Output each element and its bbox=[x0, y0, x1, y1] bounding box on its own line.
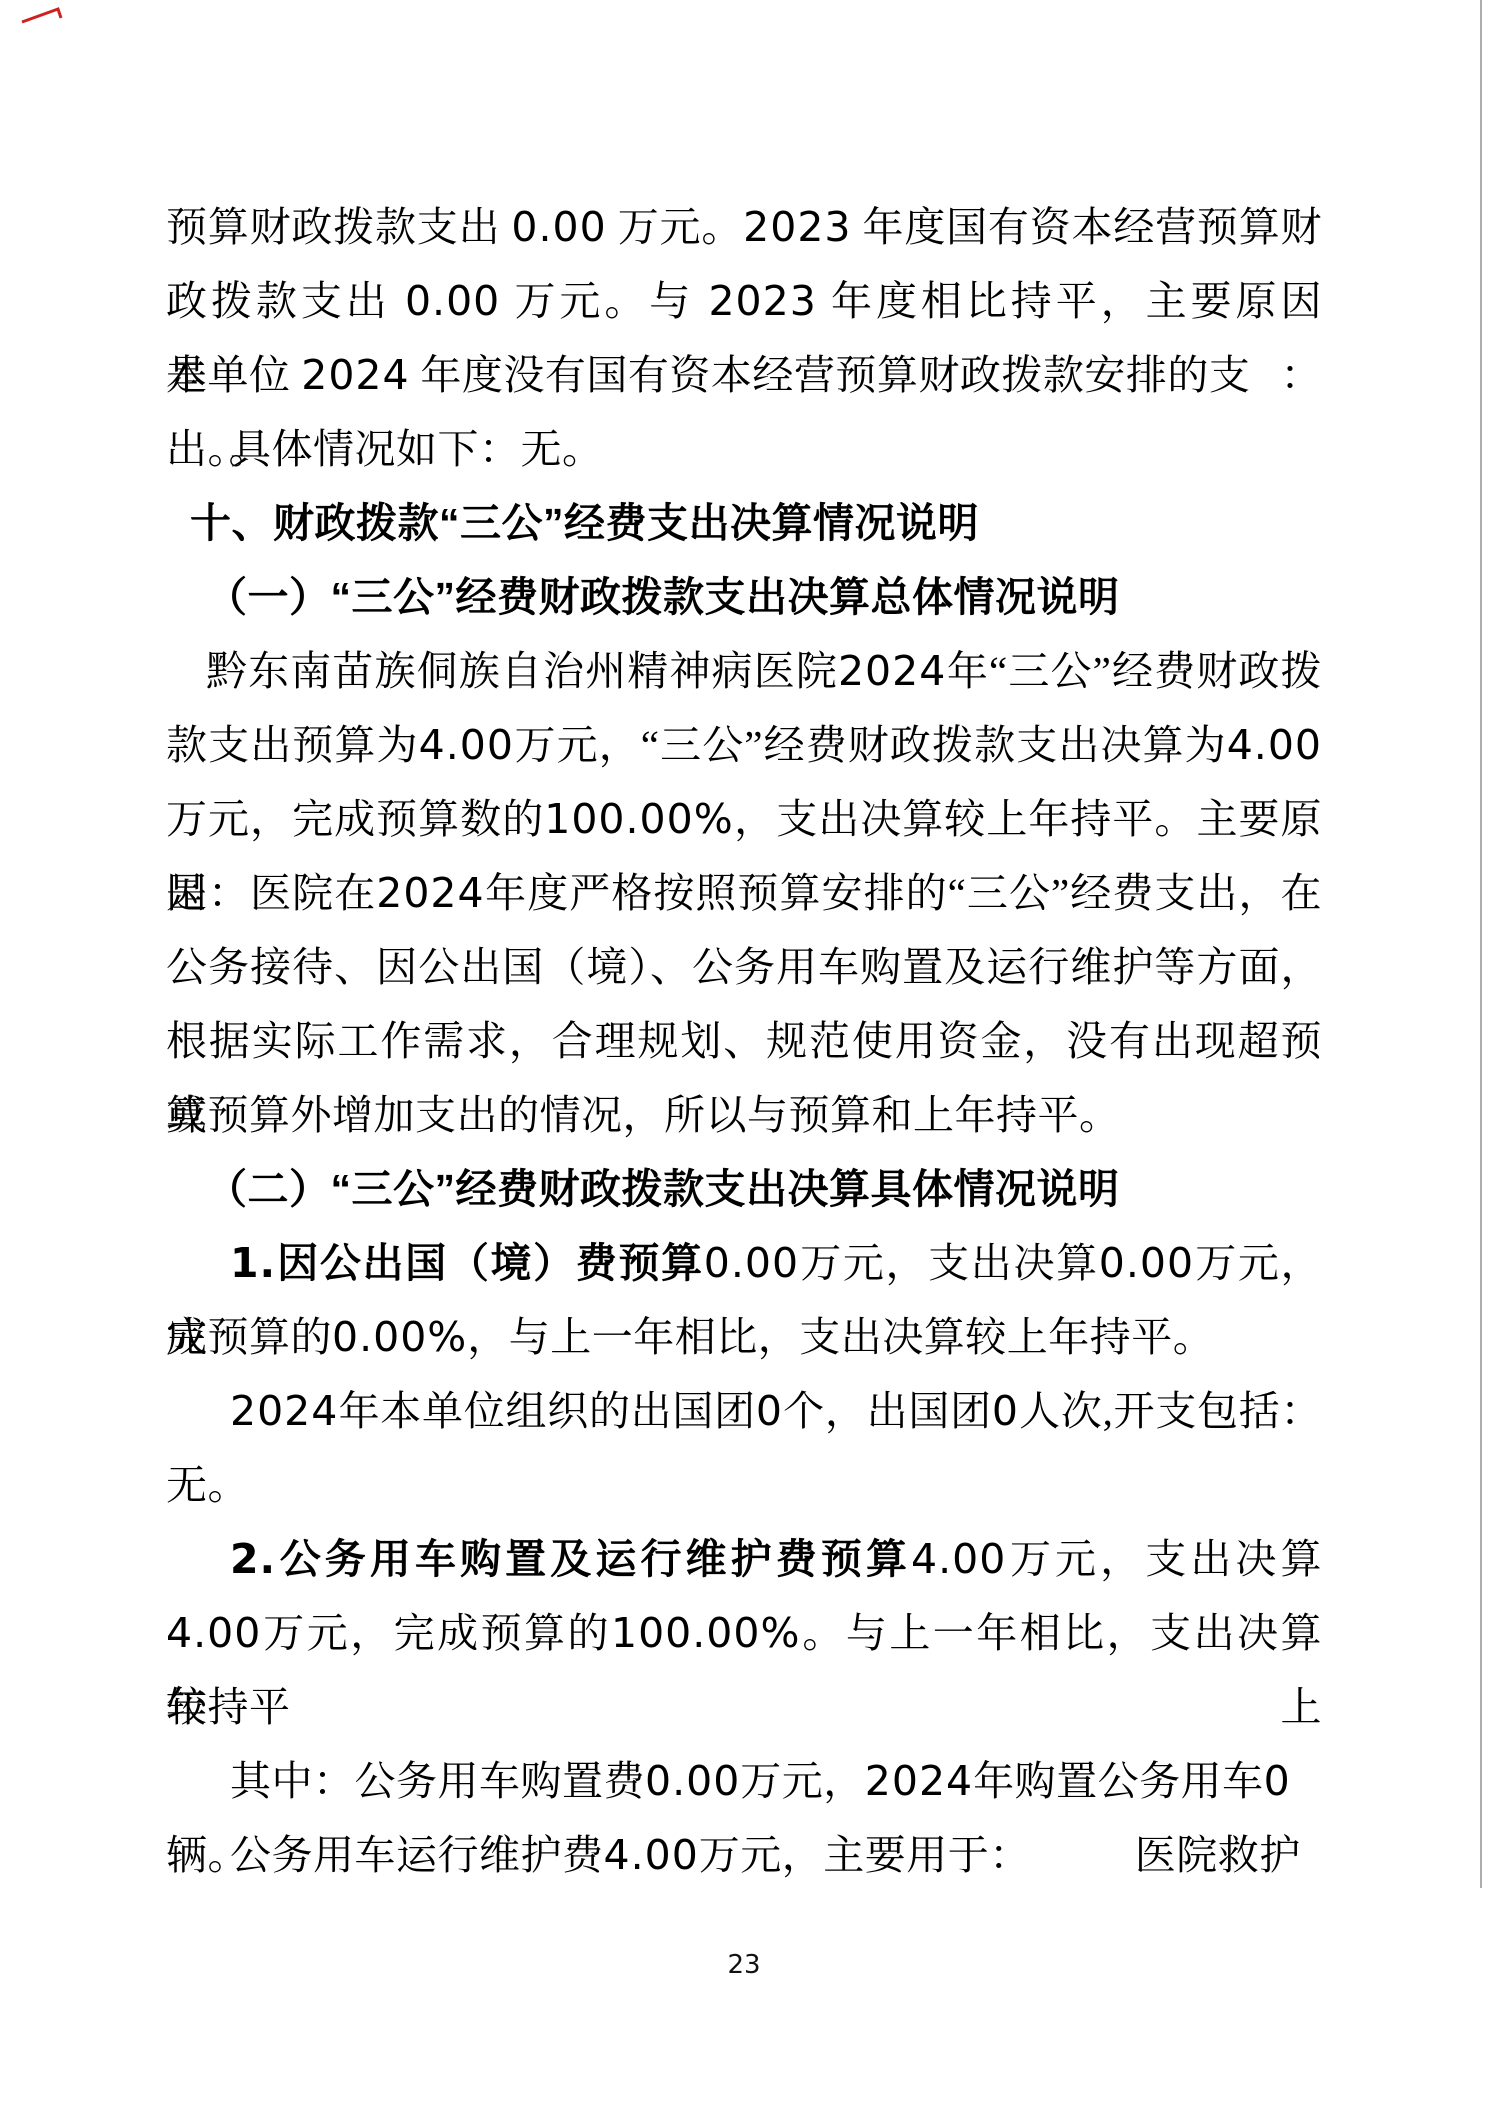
text-line: 2024年本单位组织的出国团0个，出国团0人次,开支包括： bbox=[166, 1374, 1322, 1448]
text-line: 本单位 2024 年度没有国有资本经营预算财政拨款安排的支出。。 bbox=[166, 338, 1322, 412]
heading-sub-one: （一）“三公”经费财政拨款支出决算总体情况说明 bbox=[166, 560, 1322, 634]
document-page: 预算财政拨款支出 0.00 万元。2023 年度国有资本经营预算财 政拨款支出 … bbox=[0, 0, 1488, 2104]
text-line: 4.00万元，完成预算的100.00%。与上一年相比，支出决算较上 bbox=[166, 1596, 1322, 1670]
text-line: 或预算外增加支出的情况，所以与预算和上年持平。 bbox=[166, 1078, 1322, 1152]
text-line: 政拨款支出 0.00 万元。与 2023 年度相比持平，主要原因是： bbox=[166, 264, 1322, 338]
bold-run: 2.公务用车购置及运行维护费预算 bbox=[230, 1536, 911, 1582]
page-edge-line bbox=[1480, 0, 1482, 1888]
text-line: 其中：公务用车购置费0.00万元，2024年购置公务用车0辆。 bbox=[166, 1744, 1322, 1818]
text-line: 是：医院在2024年度严格按照预算安排的“三公”经费支出，在 bbox=[166, 856, 1322, 930]
text-line: 万元，完成预算数的100.00%，支出决算较上年持平。主要原因 bbox=[166, 782, 1322, 856]
bold-run: 1.因公出国（境）费预算 bbox=[230, 1240, 704, 1286]
document-body: 预算财政拨款支出 0.00 万元。2023 年度国有资本经营预算财 政拨款支出 … bbox=[166, 190, 1322, 1892]
regular-run: 4.00万元，支出决算 bbox=[911, 1536, 1322, 1582]
text-line: 根据实际工作需求，合理规划、规范使用资金，没有出现超预算 bbox=[166, 1004, 1322, 1078]
text-line: 2.公务用车购置及运行维护费预算4.00万元，支出决算 bbox=[166, 1522, 1322, 1596]
text-line: 预算财政拨款支出 0.00 万元。2023 年度国有资本经营预算财 bbox=[166, 190, 1322, 264]
text-line: 1.因公出国（境）费预算0.00万元，支出决算0.00万元，完 bbox=[166, 1226, 1322, 1300]
text-line: 公务接待、因公出国（境）、公务用车购置及运行维护等方面， bbox=[166, 930, 1322, 1004]
text-line: 具体情况如下：无。 bbox=[166, 412, 1322, 486]
page-number: 23 bbox=[0, 1950, 1488, 1980]
text-line: 款支出预算为4.00万元，“三公”经费财政拨款支出决算为4.00 bbox=[166, 708, 1322, 782]
text-line: 公务用车运行维护费4.00万元，主要用于： 医院救护 bbox=[166, 1818, 1322, 1892]
text-line: 黔东南苗族侗族自治州精神病医院2024年“三公”经费财政拨 bbox=[166, 634, 1322, 708]
text-line: 成预算的0.00%，与上一年相比，支出决算较上年持平。 bbox=[166, 1300, 1322, 1374]
heading-section-ten: 十、财政拨款“三公”经费支出决算情况说明 bbox=[166, 486, 1322, 560]
text-line: 无。 bbox=[166, 1448, 1322, 1522]
heading-sub-two: （二）“三公”经费财政拨款支出决算具体情况说明 bbox=[166, 1152, 1322, 1226]
red-corner-mark-icon bbox=[20, 2, 80, 32]
